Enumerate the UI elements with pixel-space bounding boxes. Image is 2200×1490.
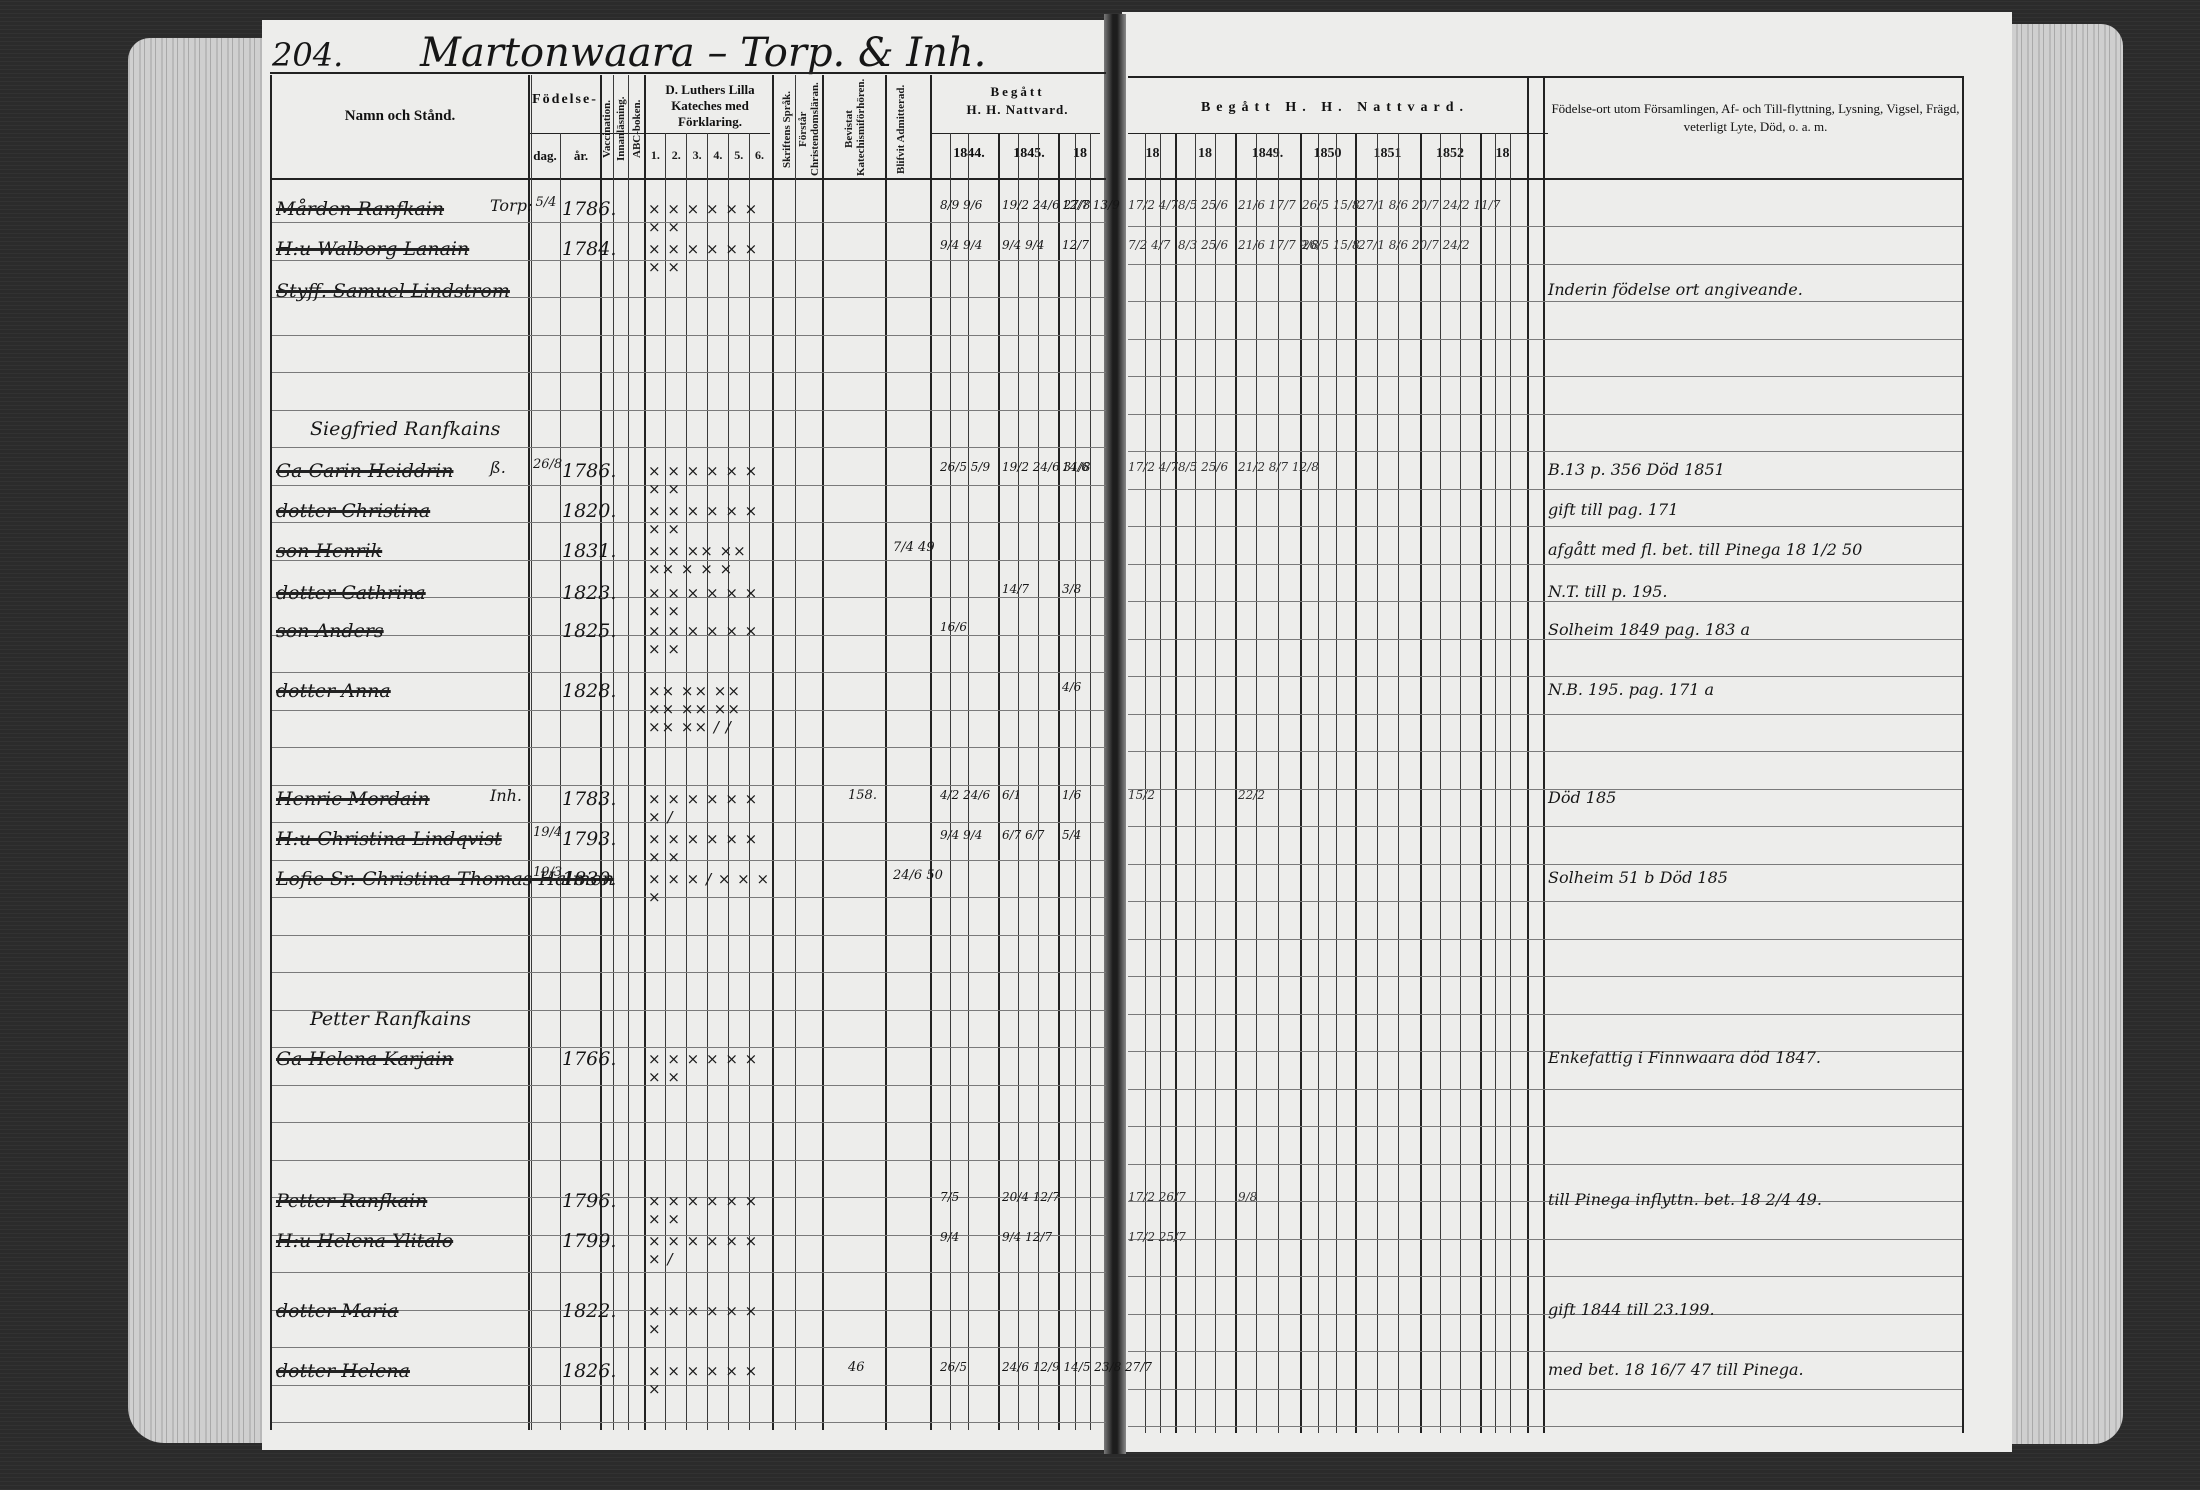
catechism-part-3: 3. xyxy=(687,148,708,163)
person-name: Ga Helena Karjain xyxy=(276,1048,453,1070)
rule-vacc xyxy=(613,75,614,1430)
birth-subheader-rule xyxy=(530,133,770,134)
header-vaccination: Vaccination. xyxy=(600,84,614,174)
row-rule xyxy=(1128,264,1962,265)
communion-date-left: 12/7 xyxy=(1062,238,1089,252)
person-name: Mården Ranfkain xyxy=(276,198,444,220)
communion-date-right: 15/2 xyxy=(1128,788,1155,802)
status-note: Torp: xyxy=(490,196,532,215)
row-rule xyxy=(1128,564,1962,565)
remark-text: Solheim 1849 pag. 183 a xyxy=(1548,620,1750,639)
row-rule xyxy=(1128,489,1962,490)
row-rule xyxy=(1128,1426,1962,1427)
rule-blifvit xyxy=(930,75,932,1430)
remark-text: N.B. 195. pag. 171 a xyxy=(1548,680,1714,699)
remark-text: Död 185 xyxy=(1548,788,1616,807)
rule-left-border xyxy=(270,75,272,1430)
person-name: Siegfried Ranfkains xyxy=(310,418,500,440)
year-1849: 1849. xyxy=(1235,146,1300,162)
birth-year: 1766. xyxy=(562,1048,616,1070)
year-18-a: 18 xyxy=(1130,146,1175,162)
header-nattvard-left-2: H. H. Nattvard. xyxy=(935,102,1100,118)
person-name: son Anders xyxy=(276,620,384,642)
header-bottom-rule-left xyxy=(270,178,1106,180)
birth-year: 1786. xyxy=(562,460,616,482)
catechism-marks: × × × × × × × × xyxy=(648,622,773,658)
person-name: Henric Mordain xyxy=(276,788,430,810)
communion-date-left: 26/5 5/9 xyxy=(940,460,990,474)
header-remarks: Födelse-ort utom Församlingen, Af- och T… xyxy=(1548,100,1963,136)
communion-date-right: 17/2 4/7 xyxy=(1128,460,1178,474)
header-blifvit-admitterad: Blifvit Admitterad. xyxy=(895,82,923,176)
row-rule xyxy=(1128,864,1962,865)
rule-name-col-2 xyxy=(531,75,532,1430)
person-name: dotter Cathrina xyxy=(276,582,426,604)
year-1850: 1850 xyxy=(1300,146,1355,162)
rule-name-col xyxy=(528,75,530,1430)
birth-day: 19/3 xyxy=(533,866,559,879)
catechism-marks: × × × × × × × × xyxy=(648,240,773,276)
communion-date-left: 3/8 xyxy=(1062,582,1081,596)
communion-date-left: 14/7 xyxy=(1002,582,1029,596)
row-rule xyxy=(272,747,1106,748)
communion-date-right: 26/5 15/8 xyxy=(1302,198,1360,212)
remark-text: gift 1844 till 23.199. xyxy=(1548,1300,1715,1319)
person-name: dotter Helena xyxy=(276,1360,410,1382)
communion-date-right: 17/2 26/7 xyxy=(1128,1190,1186,1204)
rule-innan xyxy=(628,75,629,1430)
row-rule xyxy=(1128,1351,1962,1352)
row-rule xyxy=(272,1347,1106,1348)
catechism-marks: × × × × × × × × xyxy=(648,1192,773,1228)
book-edge-right xyxy=(2005,24,2123,1444)
header-birth-day: dag. xyxy=(530,148,560,164)
row-rule xyxy=(1128,1051,1962,1052)
rule-remarks-left xyxy=(1543,78,1545,1433)
birth-day: 5/4 xyxy=(533,196,559,209)
catechism-marks: × × × × × × × / xyxy=(648,1232,773,1268)
person-name: son Henrik xyxy=(276,540,382,562)
remark-text: Solheim 51 b Död 185 xyxy=(1548,868,1728,887)
header-bevistat-katechismiforhoren: Bevistat Katechismiförhören. xyxy=(843,82,871,176)
birth-year: 1820. xyxy=(562,500,616,522)
communion-date-left: 9/4 12/7 xyxy=(1002,1230,1052,1244)
header-skriftens-sprak: Skriftens Språk. xyxy=(780,82,795,176)
row-rule xyxy=(1128,676,1962,677)
communion-date-right: 8/5 25/6 xyxy=(1178,460,1228,474)
communion-date-right: 8/3 25/6 xyxy=(1178,238,1228,252)
header-forstar-christendomslaran: Förstår Christendomsläran. xyxy=(797,82,823,176)
year-1852: 1852 xyxy=(1420,146,1480,162)
row-rule xyxy=(272,335,1106,336)
row-rule xyxy=(272,935,1106,936)
catechism-marks: × × × × × × × × xyxy=(648,584,773,620)
row-rule xyxy=(272,1122,1106,1123)
row-rule xyxy=(272,1422,1106,1423)
birth-day: 19/4 xyxy=(533,826,559,839)
birth-year: 1823. xyxy=(562,582,616,604)
birth-year: 1828. xyxy=(562,680,616,702)
catechism-part-6: 6. xyxy=(749,148,770,163)
year-18-b: 18 xyxy=(1175,146,1235,162)
place-heading: Martonwaara – Torp. & Inh. xyxy=(420,30,986,76)
birth-year: 1825. xyxy=(562,620,616,642)
year-18-blank: 18 xyxy=(1060,146,1100,162)
person-name: Petter Ranfkain xyxy=(276,1190,427,1212)
row-rule xyxy=(1128,1126,1962,1127)
header-catechism: D. Luthers Lilla Kateches med Förklaring… xyxy=(645,82,775,130)
header-top-rule-right xyxy=(1128,76,1964,78)
row-rule xyxy=(272,1160,1106,1161)
communion-date-right: 22/2 xyxy=(1238,788,1265,802)
row-rule xyxy=(1128,1089,1962,1090)
row-rule xyxy=(1128,451,1962,452)
communion-date-left: 8/9 9/6 xyxy=(940,198,982,212)
row-rule xyxy=(272,972,1106,973)
communion-date-left: 9/4 xyxy=(940,1230,959,1244)
rule-year xyxy=(600,75,602,1430)
year-1845: 1845. xyxy=(1000,146,1058,162)
header-bottom-rule-right xyxy=(1128,178,1964,180)
header-birth-year: år. xyxy=(562,148,600,164)
catechism-marks: × × ×× ×× ×× × × × xyxy=(648,542,773,578)
row-rule xyxy=(1128,414,1962,415)
bevistat-value: 158. xyxy=(848,788,877,803)
status-note: ß. xyxy=(490,458,506,477)
communion-date-right: 26/5 15/8 xyxy=(1302,238,1360,252)
person-name: dotter Maria xyxy=(276,1300,399,1322)
person-name: Styff. Samuel Lindstrom xyxy=(276,280,510,302)
birth-day: 26/8 xyxy=(533,458,559,471)
catechism-part-5: 5. xyxy=(728,148,749,163)
catechism-marks: × × × × × × × xyxy=(648,1362,773,1398)
header-nattvard-right: Begått H. H. Nattvard. xyxy=(1130,100,1540,116)
row-rule xyxy=(1128,526,1962,527)
row-rule xyxy=(272,1272,1106,1273)
person-name: dotter Christina xyxy=(276,500,430,522)
year-1851: 1851 xyxy=(1355,146,1420,162)
communion-date-left: 4/6 xyxy=(1062,680,1081,694)
row-rule xyxy=(1128,226,1962,227)
person-name: dotter Anna xyxy=(276,680,391,702)
row-rule xyxy=(272,372,1106,373)
row-rule xyxy=(1128,1314,1962,1315)
row-rule xyxy=(1128,714,1962,715)
remark-text: med bet. 18 16/7 47 till Pinega. xyxy=(1548,1360,1804,1379)
row-rule xyxy=(272,410,1106,411)
row-rule xyxy=(1128,1014,1962,1015)
remark-text: gift till pag. 171 xyxy=(1548,500,1678,519)
admitted-value: 24/6 50 xyxy=(893,868,943,883)
row-rule xyxy=(1128,1164,1962,1165)
row-rule xyxy=(1128,751,1962,752)
row-rule xyxy=(1128,1239,1962,1240)
communion-date-right: 27/1 8/6 20/7 24/2 xyxy=(1358,238,1470,252)
rule-forstar xyxy=(822,75,824,1430)
communion-date-right: 27/1 8/6 20/7 24/2 11/7 xyxy=(1358,198,1500,212)
row-rule xyxy=(272,672,1106,673)
communion-date-left: 9/4 9/4 xyxy=(1002,238,1044,252)
communion-date-left: 4/2 24/6 xyxy=(940,788,990,802)
communion-date-right: 17/2 4/7 xyxy=(1128,198,1178,212)
nattvard-subheader-rule-right xyxy=(1128,133,1548,134)
rule-abc xyxy=(644,75,646,1430)
birth-year: 1831. xyxy=(562,540,616,562)
catechism-marks: ×× ×× ×× ×× ×× ×× ×× ×× / / xyxy=(648,682,773,736)
birth-year: 1830. xyxy=(562,868,616,890)
communion-date-left: 9/4 9/4 xyxy=(940,238,982,252)
person-name: Petter Ranfkains xyxy=(310,1008,471,1030)
rule-r21 xyxy=(1527,78,1529,1433)
communion-date-left: 7/5 xyxy=(940,1190,959,1204)
birth-year: 1822. xyxy=(562,1300,616,1322)
year-18-c: 18 xyxy=(1480,146,1525,162)
rule-bevistat xyxy=(885,75,887,1430)
row-rule xyxy=(1128,826,1962,827)
communion-date-right: 21/2 8/7 12/8 xyxy=(1238,460,1319,474)
catechism-marks: × × × × × × × × xyxy=(648,502,773,538)
row-rule xyxy=(1128,939,1962,940)
communion-date-right: 7/2 4/7 xyxy=(1128,238,1170,252)
birth-year: 1784. xyxy=(562,238,616,260)
birth-year: 1796. xyxy=(562,1190,616,1212)
admitted-value: 7/4 49 xyxy=(893,540,935,555)
header-nattvard-right-years: 18 18 1849. 1850 1851 1852 18 xyxy=(1130,146,1530,162)
book-gutter xyxy=(1104,14,1126,1454)
catechism-marks: × × × × × × × × xyxy=(648,200,773,236)
header-abc-boken: ABC-boken. xyxy=(630,84,644,174)
communion-date-right: 8/5 25/6 xyxy=(1178,198,1228,212)
remark-text: Inderin födelse ort angiveande. xyxy=(1548,280,1803,299)
row-rule xyxy=(1128,376,1962,377)
catechism-marks: × × × × × × × × xyxy=(648,462,773,498)
communion-date-left: 14/6 xyxy=(1062,460,1089,474)
person-name: H:u Helena Ylitalo xyxy=(276,1230,453,1252)
rule-skriftens xyxy=(795,75,796,1430)
status-note: Inh. xyxy=(490,786,522,805)
catechism-marks: × × × × × × × × xyxy=(648,830,773,866)
communion-date-left: 20/4 12/7 xyxy=(1002,1190,1060,1204)
row-rule xyxy=(1128,1276,1962,1277)
header-birth: Födelse- xyxy=(530,92,600,108)
catechism-part-4: 4. xyxy=(707,148,728,163)
row-rule xyxy=(1128,901,1962,902)
communion-date-left: 6/1 xyxy=(1002,788,1021,802)
row-rule xyxy=(272,785,1106,786)
communion-date-right: 17/2 25/7 xyxy=(1128,1230,1186,1244)
book-edge-left xyxy=(128,38,270,1443)
communion-date-left: 1/6 xyxy=(1062,788,1081,802)
communion-date-left: 16/6 xyxy=(940,620,967,634)
birth-year: 1786. xyxy=(562,198,616,220)
row-rule xyxy=(1128,339,1962,340)
person-name: H:u Christina Lindqvist xyxy=(276,828,502,850)
remark-text: N.T. till p. 195. xyxy=(1548,582,1667,601)
catechism-part-2: 2. xyxy=(666,148,687,163)
birth-year: 1783. xyxy=(562,788,616,810)
row-rule xyxy=(1128,976,1962,977)
remark-text: till Pinega inflyttn. bet. 18 2/4 49. xyxy=(1548,1190,1822,1209)
person-name: H:u Walborg Lanain xyxy=(276,238,469,260)
remark-text: B.13 p. 356 Död 1851 xyxy=(1548,460,1725,479)
page-number: 204. xyxy=(272,36,343,74)
catechism-marks: × × × × × × × / xyxy=(648,790,773,826)
catechism-marks: × × × × × × × × xyxy=(648,1050,773,1086)
header-name-and-status: Namn och Stånd. xyxy=(275,108,525,125)
row-rule xyxy=(1128,301,1962,302)
catechism-marks: × × × / × × × × xyxy=(648,870,773,906)
header-top-rule-left xyxy=(270,72,1106,74)
communion-date-left: 5/4 xyxy=(1062,828,1081,842)
year-1844: 1844. xyxy=(940,146,998,162)
communion-date-left: 6/7 6/7 xyxy=(1002,828,1044,842)
communion-date-left: 9/4 9/4 xyxy=(940,828,982,842)
remark-text: Enkefattig i Finnwaara död 1847. xyxy=(1548,1048,1821,1067)
row-rule xyxy=(272,447,1106,448)
header-innanlasning: Innanläsning. xyxy=(614,84,628,174)
rule-remarks-right xyxy=(1962,78,1964,1433)
birth-year: 1799. xyxy=(562,1230,616,1252)
catechism-marks: × × × × × × × xyxy=(648,1302,773,1338)
communion-date-left: 24/6 12/9 14/5 23/8 27/7 xyxy=(1002,1360,1152,1374)
row-rule xyxy=(1128,639,1962,640)
bevistat-value: 46 xyxy=(848,1360,865,1375)
row-rule xyxy=(1128,1389,1962,1390)
communion-date-right: 21/6 17/7 xyxy=(1238,198,1296,212)
communion-date-right: 9/8 xyxy=(1238,1190,1257,1204)
row-rule xyxy=(1128,601,1962,602)
remark-text: afgått med fl. bet. till Pinega 18 1/2 5… xyxy=(1548,540,1862,559)
birth-year: 1793. xyxy=(562,828,616,850)
header-nattvard-left-1: Begått xyxy=(935,84,1100,100)
birth-year: 1826. xyxy=(562,1360,616,1382)
catechism-part-1: 1. xyxy=(645,148,666,163)
communion-date-left: 12/7 13/9 xyxy=(1062,198,1120,212)
communion-date-left: 26/5 xyxy=(940,1360,967,1374)
person-name: Ga Carin Heiddrin xyxy=(276,460,453,482)
